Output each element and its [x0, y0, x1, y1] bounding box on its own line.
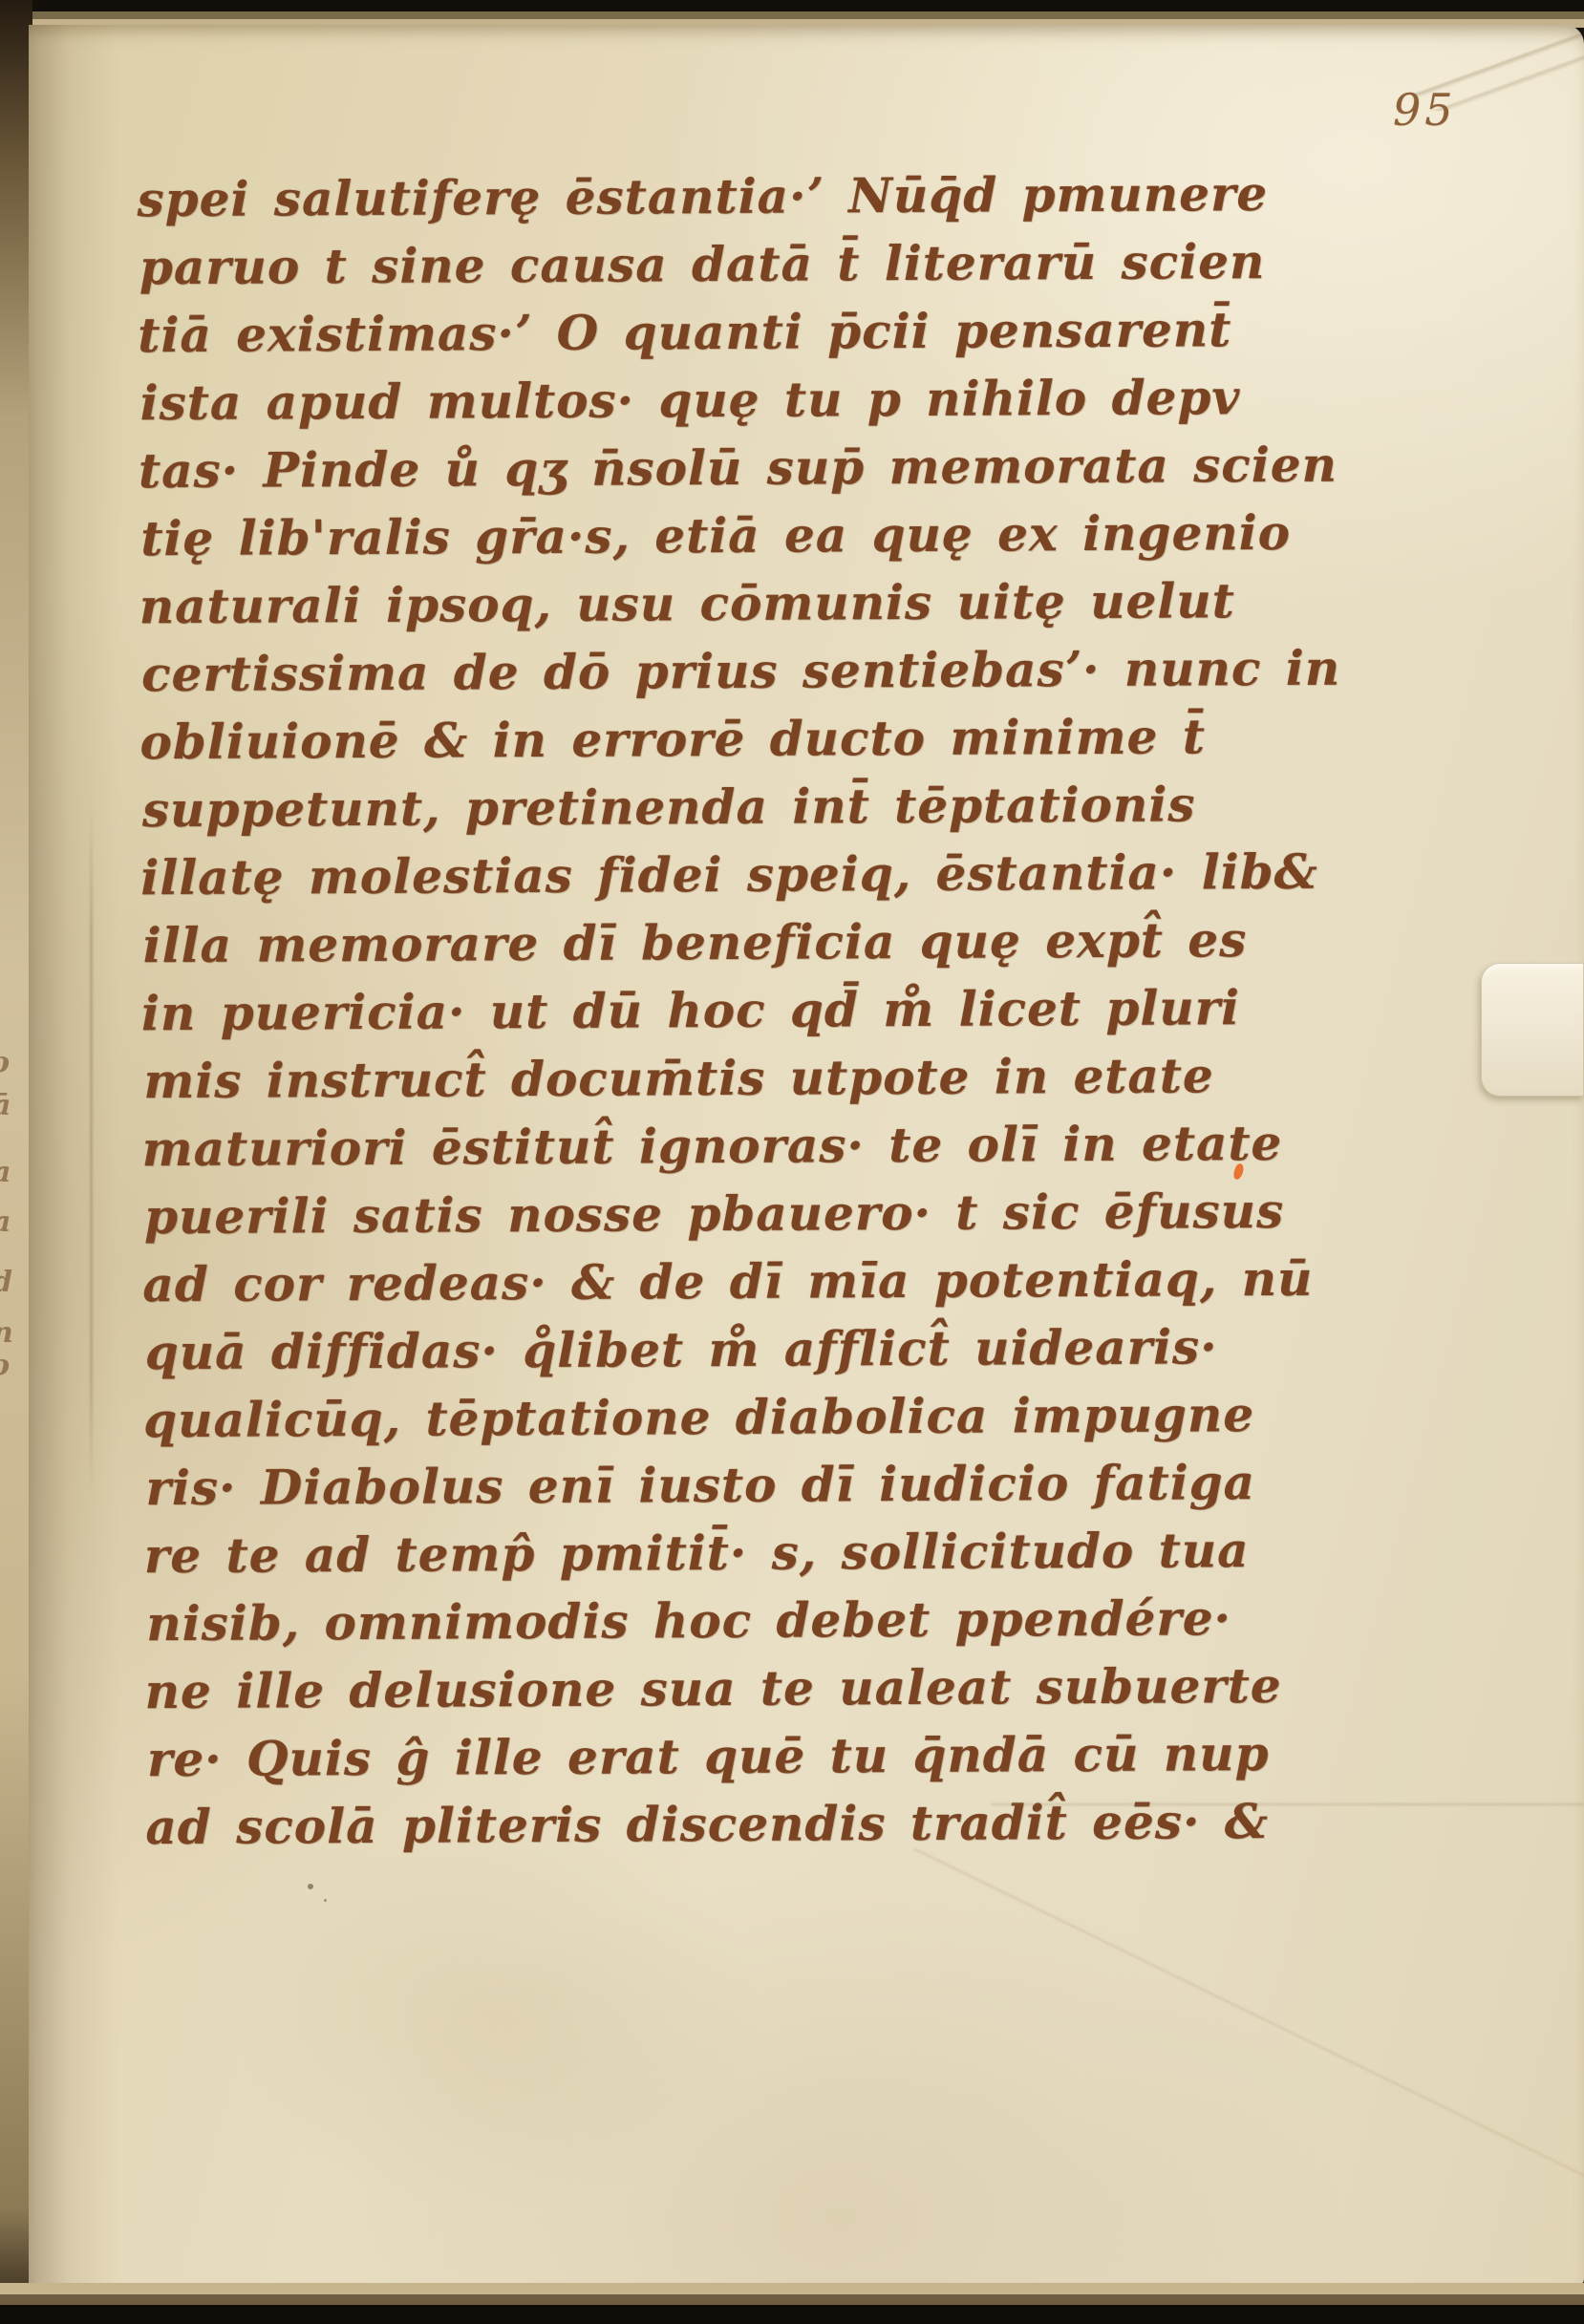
horizontal-crease	[992, 1803, 1584, 1805]
facing-page-letter-fragment: ɔ	[0, 1046, 10, 1079]
facing-page-letter-fragment: ā	[0, 1089, 11, 1122]
facing-page-fragments: ɔāaadnɔ	[0, 0, 29, 2324]
facing-page-letter-fragment: a	[0, 1156, 11, 1189]
manuscript-photo: ɔāaadnɔ 95 spei salutiferę ēstantia·ʼ Nū…	[0, 0, 1584, 2324]
book-top-edge-shadow	[0, 0, 1584, 11]
book-bottom-leaf-edge	[0, 2294, 1584, 2305]
manuscript-line: tię lib'ralis gr̄a·s, etiā ea quę ex ing…	[140, 504, 1306, 578]
manuscript-text-block: spei salutiferę ēstantia·ʼ Nūq̄d pmunere…	[137, 165, 1311, 1866]
facing-page-letter-fragment: d	[0, 1266, 12, 1299]
book-top-leaf-edge	[0, 11, 1584, 19]
manuscript-line: qualicūq, tēptatione diabolica impugne	[143, 1386, 1309, 1460]
manuscript-line: naturali ipsoq, usu cōmunis uitę uelut	[139, 572, 1305, 646]
vertical-crease	[90, 808, 93, 1496]
manuscript-line: ista apud multos· quę tu p nihilo depv	[139, 369, 1305, 442]
manuscript-line: illa memorare dī beneficia quę expt̂ es	[142, 911, 1308, 985]
manuscript-line: nisib, omnimodis hoc debet ppendére·	[146, 1589, 1312, 1663]
manuscript-line: maturiori ēstitut̂ ignoras· te olī in et…	[142, 1115, 1308, 1188]
manuscript-line: puerili satis nosse pbauero· t sic ēfusu…	[144, 1183, 1310, 1256]
facing-page-letter-fragment: a	[0, 1205, 11, 1239]
gutter-shadow	[29, 25, 119, 2285]
fore-edge-tab	[1481, 963, 1584, 1097]
manuscript-line: paruo t sine causa datā t̄ literarū scie…	[139, 233, 1305, 307]
ink-speck	[324, 1899, 327, 1902]
facing-page-letter-fragment: n	[0, 1316, 13, 1350]
manuscript-line: suppetunt, pretinenda int̄ tēptationis	[142, 776, 1308, 849]
manuscript-line: spei salutiferę ēstantia·ʼ Nūq̄d pmunere	[137, 165, 1302, 239]
manuscript-line: re te ad temp̂ pmitit̄· s, sollicitudo t…	[144, 1522, 1310, 1595]
folio-number: 95	[1393, 84, 1457, 136]
manuscript-line: mis instruct̂ docum̄tis utpote in etate	[143, 1047, 1309, 1120]
manuscript-line: tas· Pinde ů qʒ n̄solū sup̄ memorata sci…	[139, 437, 1304, 510]
manuscript-line: in puericia· ut dū hoc qd̄ m̊ licet plur…	[141, 979, 1307, 1053]
ink-speck	[308, 1884, 313, 1889]
manuscript-line: illatę molestias fidei speiq, ēstantia· …	[140, 843, 1306, 917]
parchment-page: 95 spei salutiferę ēstantia·ʼ Nūq̄d pmun…	[29, 25, 1584, 2285]
manuscript-line: ad cor redeas· & de dī mīa potentiaq, nū	[142, 1250, 1308, 1324]
facing-page-letter-fragment: ɔ	[0, 1349, 10, 1382]
manuscript-line: obliuionē & in errorē ducto minime t̄	[139, 708, 1305, 781]
manuscript-line: ris· Diabolus enī iusto dī iudicio fatig…	[145, 1454, 1311, 1527]
manuscript-line: re· Quis ĝ ille erat quē tu q̄ndā cū nup	[147, 1725, 1313, 1799]
manuscript-line: tiā existimas·ʼ O quanti p̄cii pensarent…	[138, 301, 1303, 374]
book-bottom-leaf-edge-light	[0, 2283, 1584, 2294]
manuscript-line: certissima de dō prius sentiebasʼ· nunc …	[141, 640, 1307, 714]
diagonal-crease	[913, 1847, 1584, 2234]
manuscript-line: quā diffidas· q̊libet m̊ afflict̂ uidear…	[145, 1318, 1311, 1392]
book-bottom-edge-shadow	[0, 2305, 1584, 2324]
manuscript-line: ne ille delusione sua te ualeat subuerte	[145, 1657, 1311, 1731]
